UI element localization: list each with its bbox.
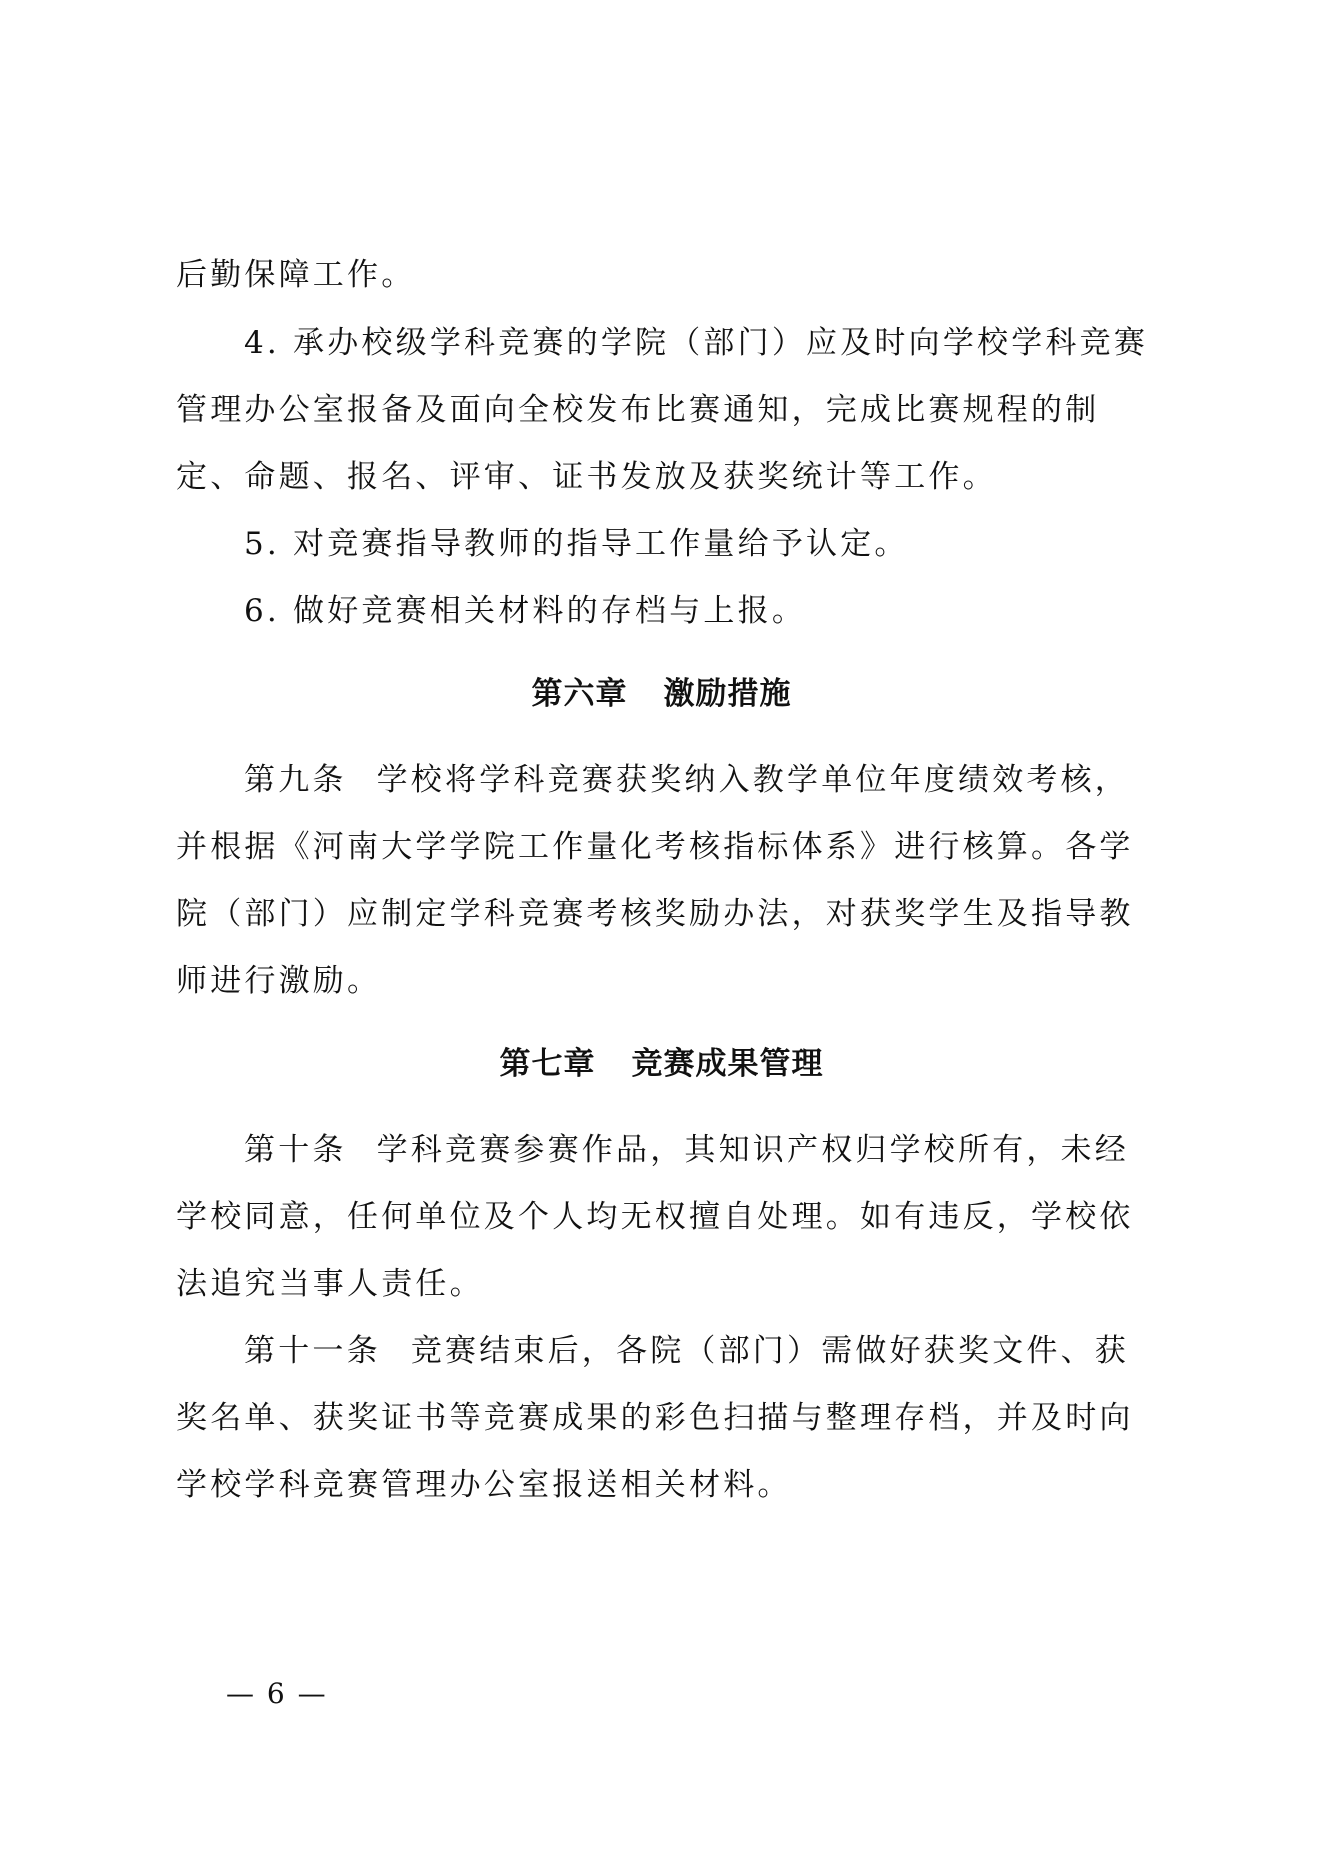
article-label: 第九条 — [244, 762, 347, 798]
list-item-6: 6. 做好竞赛相关材料的存档与上报。 — [244, 591, 1224, 631]
paragraph-line: 并根据《河南大学学院工作量化考核指标体系》进行核算。各学 — [176, 827, 1156, 867]
article-text: 学校将学科竞赛获奖纳入教学单位年度绩效考核， — [377, 762, 1129, 798]
article-label: 第十一条 — [244, 1333, 381, 1369]
paragraph-line: 定、命题、报名、评审、证书发放及获奖统计等工作。 — [176, 457, 1156, 497]
paragraph-line: 管理办公室报备及面向全校发布比赛通知，完成比赛规程的制 — [176, 390, 1156, 430]
chapter-title: 激励措施 — [664, 676, 792, 712]
list-item-4: 4. 承办校级学科竞赛的学院（部门）应及时向学校学科竞赛 — [244, 323, 1224, 363]
paragraph-line: 法追究当事人责任。 — [176, 1264, 1156, 1304]
paragraph-line: 学校同意，任何单位及个人均无权擅自处理。如有违反，学校依 — [176, 1197, 1156, 1237]
article-10-first-line: 第十条学科竞赛参赛作品，其知识产权归学校所有，未经 — [244, 1130, 1224, 1170]
article-text: 学科竞赛参赛作品，其知识产权归学校所有，未经 — [377, 1132, 1129, 1168]
paragraph-line: 师进行激励。 — [176, 961, 1156, 1001]
paragraph-line: 后勤保障工作。 — [176, 255, 1156, 295]
chapter-heading-7: 第七章竞赛成果管理 — [0, 1044, 1323, 1084]
article-9-first-line: 第九条学校将学科竞赛获奖纳入教学单位年度绩效考核， — [244, 760, 1224, 800]
chapter-title: 竞赛成果管理 — [632, 1046, 824, 1082]
article-label: 第十条 — [244, 1132, 347, 1168]
article-11-first-line: 第十一条竞赛结束后，各院（部门）需做好获奖文件、获 — [244, 1331, 1224, 1371]
document-page: 后勤保障工作。 4. 承办校级学科竞赛的学院（部门）应及时向学校学科竞赛 管理办… — [0, 0, 1323, 1871]
article-text: 竞赛结束后，各院（部门）需做好获奖文件、获 — [411, 1333, 1129, 1369]
page-number: — 6 — — [226, 1676, 328, 1712]
chapter-heading-6: 第六章激励措施 — [0, 674, 1323, 714]
list-item-5: 5. 对竞赛指导教师的指导工作量给予认定。 — [244, 524, 1224, 564]
chapter-number: 第六章 — [532, 676, 628, 712]
paragraph-line: 学校学科竞赛管理办公室报送相关材料。 — [176, 1465, 1156, 1505]
chapter-number: 第七章 — [500, 1046, 596, 1082]
paragraph-line: 奖名单、获奖证书等竞赛成果的彩色扫描与整理存档，并及时向 — [176, 1398, 1156, 1438]
paragraph-line: 院（部门）应制定学科竞赛考核奖励办法，对获奖学生及指导教 — [176, 894, 1156, 934]
